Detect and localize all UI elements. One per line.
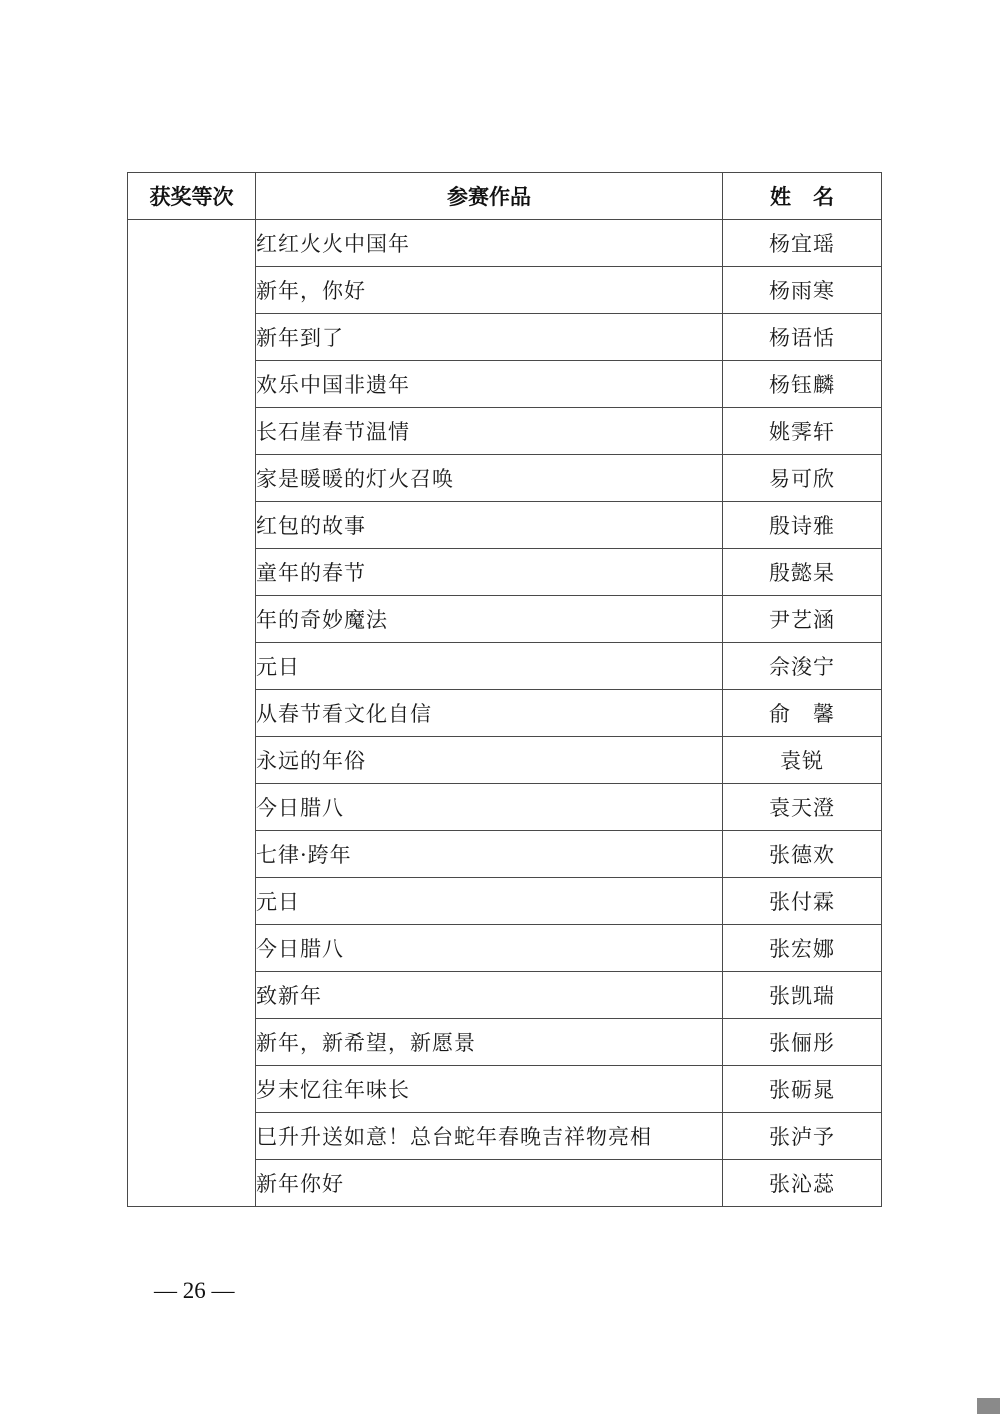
work-title-cell: 红红火火中国年 <box>256 220 723 267</box>
work-title-cell: 致新年 <box>256 972 723 1019</box>
work-title-cell: 红包的故事 <box>256 502 723 549</box>
participant-name-cell: 俞 馨 <box>723 690 882 737</box>
header-name-first: 姓 <box>770 185 791 209</box>
header-rank: 获奖等次 <box>128 173 256 220</box>
table-body: 红红火火中国年杨宜瑶新年，你好杨雨寒新年到了杨语恬欢乐中国非遗年杨钰麟长石崖春节… <box>128 220 882 1207</box>
work-title-cell: 家是暖暖的灯火召唤 <box>256 455 723 502</box>
participant-name-cell: 尹艺涵 <box>723 596 882 643</box>
participant-name-cell: 殷懿杲 <box>723 549 882 596</box>
table-header-row: 获奖等次 参赛作品 姓名 <box>128 173 882 220</box>
work-title-cell: 长石崖春节温情 <box>256 408 723 455</box>
participant-name-cell: 张俪彤 <box>723 1019 882 1066</box>
participant-name-cell: 张德欢 <box>723 831 882 878</box>
work-title-cell: 欢乐中国非遗年 <box>256 361 723 408</box>
participant-name-cell: 张凯瑞 <box>723 972 882 1019</box>
work-title-cell: 新年你好 <box>256 1160 723 1207</box>
header-name: 姓名 <box>723 173 882 220</box>
participant-name-cell: 杨语恬 <box>723 314 882 361</box>
participant-name-cell: 杨钰麟 <box>723 361 882 408</box>
work-title-cell: 从春节看文化自信 <box>256 690 723 737</box>
participant-name-cell: 张沁蕊 <box>723 1160 882 1207</box>
document-page: 获奖等次 参赛作品 姓名 红红火火中国年杨宜瑶新年，你好杨雨寒新年到了杨语恬欢乐… <box>0 0 1000 1414</box>
participant-name-cell: 袁锐 <box>723 737 882 784</box>
header-name-second: 名 <box>813 185 834 209</box>
work-title-cell: 今日腊八 <box>256 784 723 831</box>
work-title-cell: 岁末忆往年味长 <box>256 1066 723 1113</box>
work-title-cell: 年的奇妙魔法 <box>256 596 723 643</box>
participant-name-cell: 张宏娜 <box>723 925 882 972</box>
participant-name-cell: 殷诗雅 <box>723 502 882 549</box>
work-title-cell: 童年的春节 <box>256 549 723 596</box>
participant-name-cell: 杨雨寒 <box>723 267 882 314</box>
work-title-cell: 新年到了 <box>256 314 723 361</box>
participant-name-cell: 张砺晁 <box>723 1066 882 1113</box>
header-work: 参赛作品 <box>256 173 723 220</box>
table-row: 红红火火中国年杨宜瑶 <box>128 220 882 267</box>
work-title-cell: 巳升升送如意！总台蛇年春晚吉祥物亮相 <box>256 1113 723 1160</box>
work-title-cell: 元日 <box>256 878 723 925</box>
participant-name-cell: 易可欣 <box>723 455 882 502</box>
work-title-cell: 永远的年俗 <box>256 737 723 784</box>
page-number: — 26 — <box>154 1278 235 1304</box>
award-table: 获奖等次 参赛作品 姓名 红红火火中国年杨宜瑶新年，你好杨雨寒新年到了杨语恬欢乐… <box>127 172 882 1207</box>
work-title-cell: 新年，你好 <box>256 267 723 314</box>
corner-mark <box>977 1398 1000 1414</box>
rank-cell <box>128 220 256 1207</box>
participant-name-cell: 袁天澄 <box>723 784 882 831</box>
participant-name-cell: 张泸予 <box>723 1113 882 1160</box>
participant-name-cell: 佘浚宁 <box>723 643 882 690</box>
work-title-cell: 元日 <box>256 643 723 690</box>
participant-name-cell: 张付霖 <box>723 878 882 925</box>
work-title-cell: 今日腊八 <box>256 925 723 972</box>
participant-name-cell: 杨宜瑶 <box>723 220 882 267</box>
work-title-cell: 七律·跨年 <box>256 831 723 878</box>
participant-name-cell: 姚霁轩 <box>723 408 882 455</box>
work-title-cell: 新年，新希望，新愿景 <box>256 1019 723 1066</box>
